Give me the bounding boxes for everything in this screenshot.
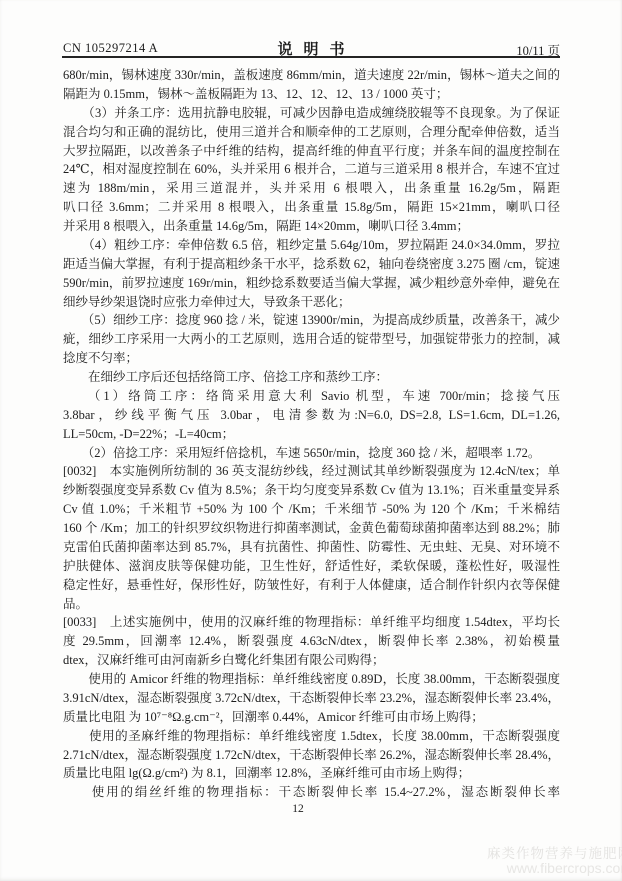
paragraph: （4）粗纱工序：牵伸倍数 6.5 倍，粗纱定量 5.64g/10m，罗拉隔距 2…: [63, 236, 560, 312]
paragraph: （2）倍捻工序：采用短纤倍捻机，车速 5650r/min，捻度 360 捻 / …: [63, 444, 560, 463]
text-line: 速为 188m/min，采用三道混并，头并采用 6 根喂入，出条重量 16.2g…: [63, 179, 560, 198]
text-line: 混合均匀和正确的混纺比，使用三道并合和顺牵伸的工艺原则，合理分配牵伸倍数，适当放: [63, 123, 560, 142]
text-line: 纱断裂强度变异系数 Cv 值为 8.5%；条干均匀度变异系数 Cv 值为 13.…: [63, 481, 560, 500]
text-line: 使用的绢丝纤维的物理指标：干态断裂伸长率 15.4~27.2%，湿态断裂伸长率: [63, 783, 560, 802]
paragraph: 使用的圣麻纤维的物理指标：单纤维线密度 1.5dtex，长度 38.00mm，干…: [63, 727, 560, 784]
paragraph: 在细纱工序后还包括络筒工序、倍捻工序和蒸纱工序：: [63, 368, 560, 387]
text-line: （3）并条工序：选用抗静电胶辊，可减少因静电造成缠绕胶辊等不良现象。为了保证: [63, 104, 560, 123]
text-line: 细纱导纱架退饶时应张力牵伸过大，导致条干恶化；: [63, 293, 560, 312]
text-line: （2）倍捻工序：采用短纤倍捻机，车速 5650r/min，捻度 360 捻 / …: [63, 444, 560, 463]
text-line: （1）络筒工序：络筒采用意大利 Savio 机型，车速 700r/min；捻接气…: [63, 387, 560, 406]
text-line: 大罗拉隔距，以改善条子中纤维的结构，提高纤维的伸直平行度；并条车间的温度控制在: [63, 142, 560, 161]
text-line: 克雷伯氏菌抑菌率达到 85.7%，具有抗菌性、抑菌性、防霉性、无虫蛀、无臭、对环…: [63, 538, 560, 557]
paragraph: 使用的 Amicor 纤维的物理指标：单纤维线密度 0.89D，长度 38.00…: [63, 670, 560, 727]
text-line: 160 个 /Km；加工的针织罗纹织物进行抑菌率测试，金黄色葡萄球菌抑菌率达到 …: [63, 519, 560, 538]
text-line: 距适当偏大掌握，有利于提高粗纱条干水平，捻系数 62，轴向卷绕密度 3.275 …: [63, 255, 560, 274]
watermark-site-url: www.fibercrops.com: [487, 861, 622, 876]
header-divider: [62, 56, 560, 58]
text-line: 质量比电阻 为 10⁷⁻⁸Ω.g.cm⁻²，回潮率 0.44%，Amicor 纤…: [63, 708, 560, 727]
text-line: 度 29.5mm，回潮率 12.4%，断裂强度 4.63cN/dtex，断裂伸长…: [63, 632, 560, 651]
text-line: 品。: [63, 595, 560, 614]
paragraph: （1）络筒工序：络筒采用意大利 Savio 机型，车速 700r/min；捻接气…: [63, 387, 560, 444]
text-line: dtex，汉麻纤维可由河南新乡白鹭化纤集团有限公司购得；: [63, 651, 560, 670]
text-line: 使用的圣麻纤维的物理指标：单纤维线密度 1.5dtex，长度 38.00mm，干…: [63, 727, 560, 746]
text-line: 3.8bar，纱线平衡气压 3.0bar，电清参数为:N=6.0, DS=2.8…: [63, 406, 560, 425]
text-line: 使用的 Amicor 纤维的物理指标：单纤维线密度 0.89D，长度 38.00…: [63, 670, 560, 689]
text-line: 3.91cN/dtex，湿态断裂强度 3.72cN/dtex，干态断裂伸长率 2…: [63, 689, 560, 708]
text-line: （4）粗纱工序：牵伸倍数 6.5 倍，粗纱定量 5.64g/10m，罗拉隔距 2…: [63, 236, 560, 255]
text-line: 并采用 8 根喂入，出条重量 14.6g/5m，隔距 14×20mm，喇叭口径 …: [63, 217, 560, 236]
text-line: 疵，细纱工序采用一大两小的工艺原则，选用合适的锭带型号，加强锭带张力的控制，减少: [63, 330, 560, 349]
text-line: 2.71cN/dtex，湿态断裂强度 1.72cN/dtex，干态断裂伸长率 2…: [63, 746, 560, 765]
text-line: 质量比电阻 lg(Ω.g/cm²) 为 8.1，回潮率 12.8%，圣麻纤维可由…: [63, 764, 560, 783]
text-line: LL=50cm, -D=22%；-L=40cm；: [63, 425, 560, 444]
paragraph: （5）细纱工序：捻度 960 捻 / 米，锭速 13900r/min，为提高成纱…: [63, 311, 560, 368]
text-line: 隔距为 0.15mm，锡林～盖板隔距为 13、12、12、12、13 / 100…: [63, 85, 560, 104]
body-text: 680r/min，锡林速度 330r/min，盖板速度 86mm/min，道夫速…: [63, 66, 560, 802]
text-line: 叭口径 3.6mm；二并采用 8 根喂入，出条重量 15.8g/5m，隔距 15…: [63, 198, 560, 217]
watermark: 麻类作物营养与施肥网 www.fibercrops.com: [487, 846, 622, 876]
text-line: 680r/min，锡林速度 330r/min，盖板速度 86mm/min，道夫速…: [63, 66, 560, 85]
text-line: （5）细纱工序：捻度 960 捻 / 米，锭速 13900r/min，为提高成纱…: [63, 311, 560, 330]
document-number: CN 105297214 A: [63, 41, 158, 56]
paragraph: [0033] 上述实施例中，使用的汉麻纤维的物理指标：单纤维平均细度 1.54d…: [63, 613, 560, 670]
text-line: 护肤健体、滋润皮肤等保健功能，卫生性好，舒适性好，柔软保暖，蓬松性好，吸湿性好，…: [63, 557, 560, 576]
patent-document-page: CN 105297214 A 说明书 10/11 页 680r/min，锡林速度…: [0, 0, 622, 881]
paragraph: （3）并条工序：选用抗静电胶辊，可减少因静电造成缠绕胶辊等不良现象。为了保证混合…: [63, 104, 560, 236]
paragraph: 680r/min，锡林速度 330r/min，盖板速度 86mm/min，道夫速…: [63, 66, 560, 104]
text-line: [0033] 上述实施例中，使用的汉麻纤维的物理指标：单纤维平均细度 1.54d…: [63, 613, 560, 632]
text-line: 在细纱工序后还包括络筒工序、倍捻工序和蒸纱工序：: [63, 368, 560, 387]
page-number: 12: [0, 803, 596, 815]
watermark-site-name: 麻类作物营养与施肥网: [487, 846, 622, 861]
text-line: [0032] 本实施例所纺制的 36 英支混纺纱线，经过测试其单纱断裂强度为 1…: [63, 462, 560, 481]
paragraph: 使用的绢丝纤维的物理指标：干态断裂伸长率 15.4~27.2%，湿态断裂伸长率: [63, 783, 560, 802]
text-line: 590r/min，前罗拉速度 169r/min，粗纱捻系数要适当偏大掌握，减少粗…: [63, 274, 560, 293]
text-line: Cv 值 1.0%；千米粗节 +50% 为 100 个 /Km；千米细节 -50…: [63, 500, 560, 519]
paragraph: [0032] 本实施例所纺制的 36 英支混纺纱线，经过测试其单纱断裂强度为 1…: [63, 462, 560, 613]
text-line: 稳定性好，悬垂性好，保形性好，防皱性好，有利于人体健康，适合制作针织内衣等保健纺…: [63, 576, 560, 595]
text-line: 捻度不匀率；: [63, 349, 560, 368]
text-line: 24℃，相对湿度控制在 60%，头并采用 6 根并合，二道与三道采用 8 根并合…: [63, 160, 560, 179]
